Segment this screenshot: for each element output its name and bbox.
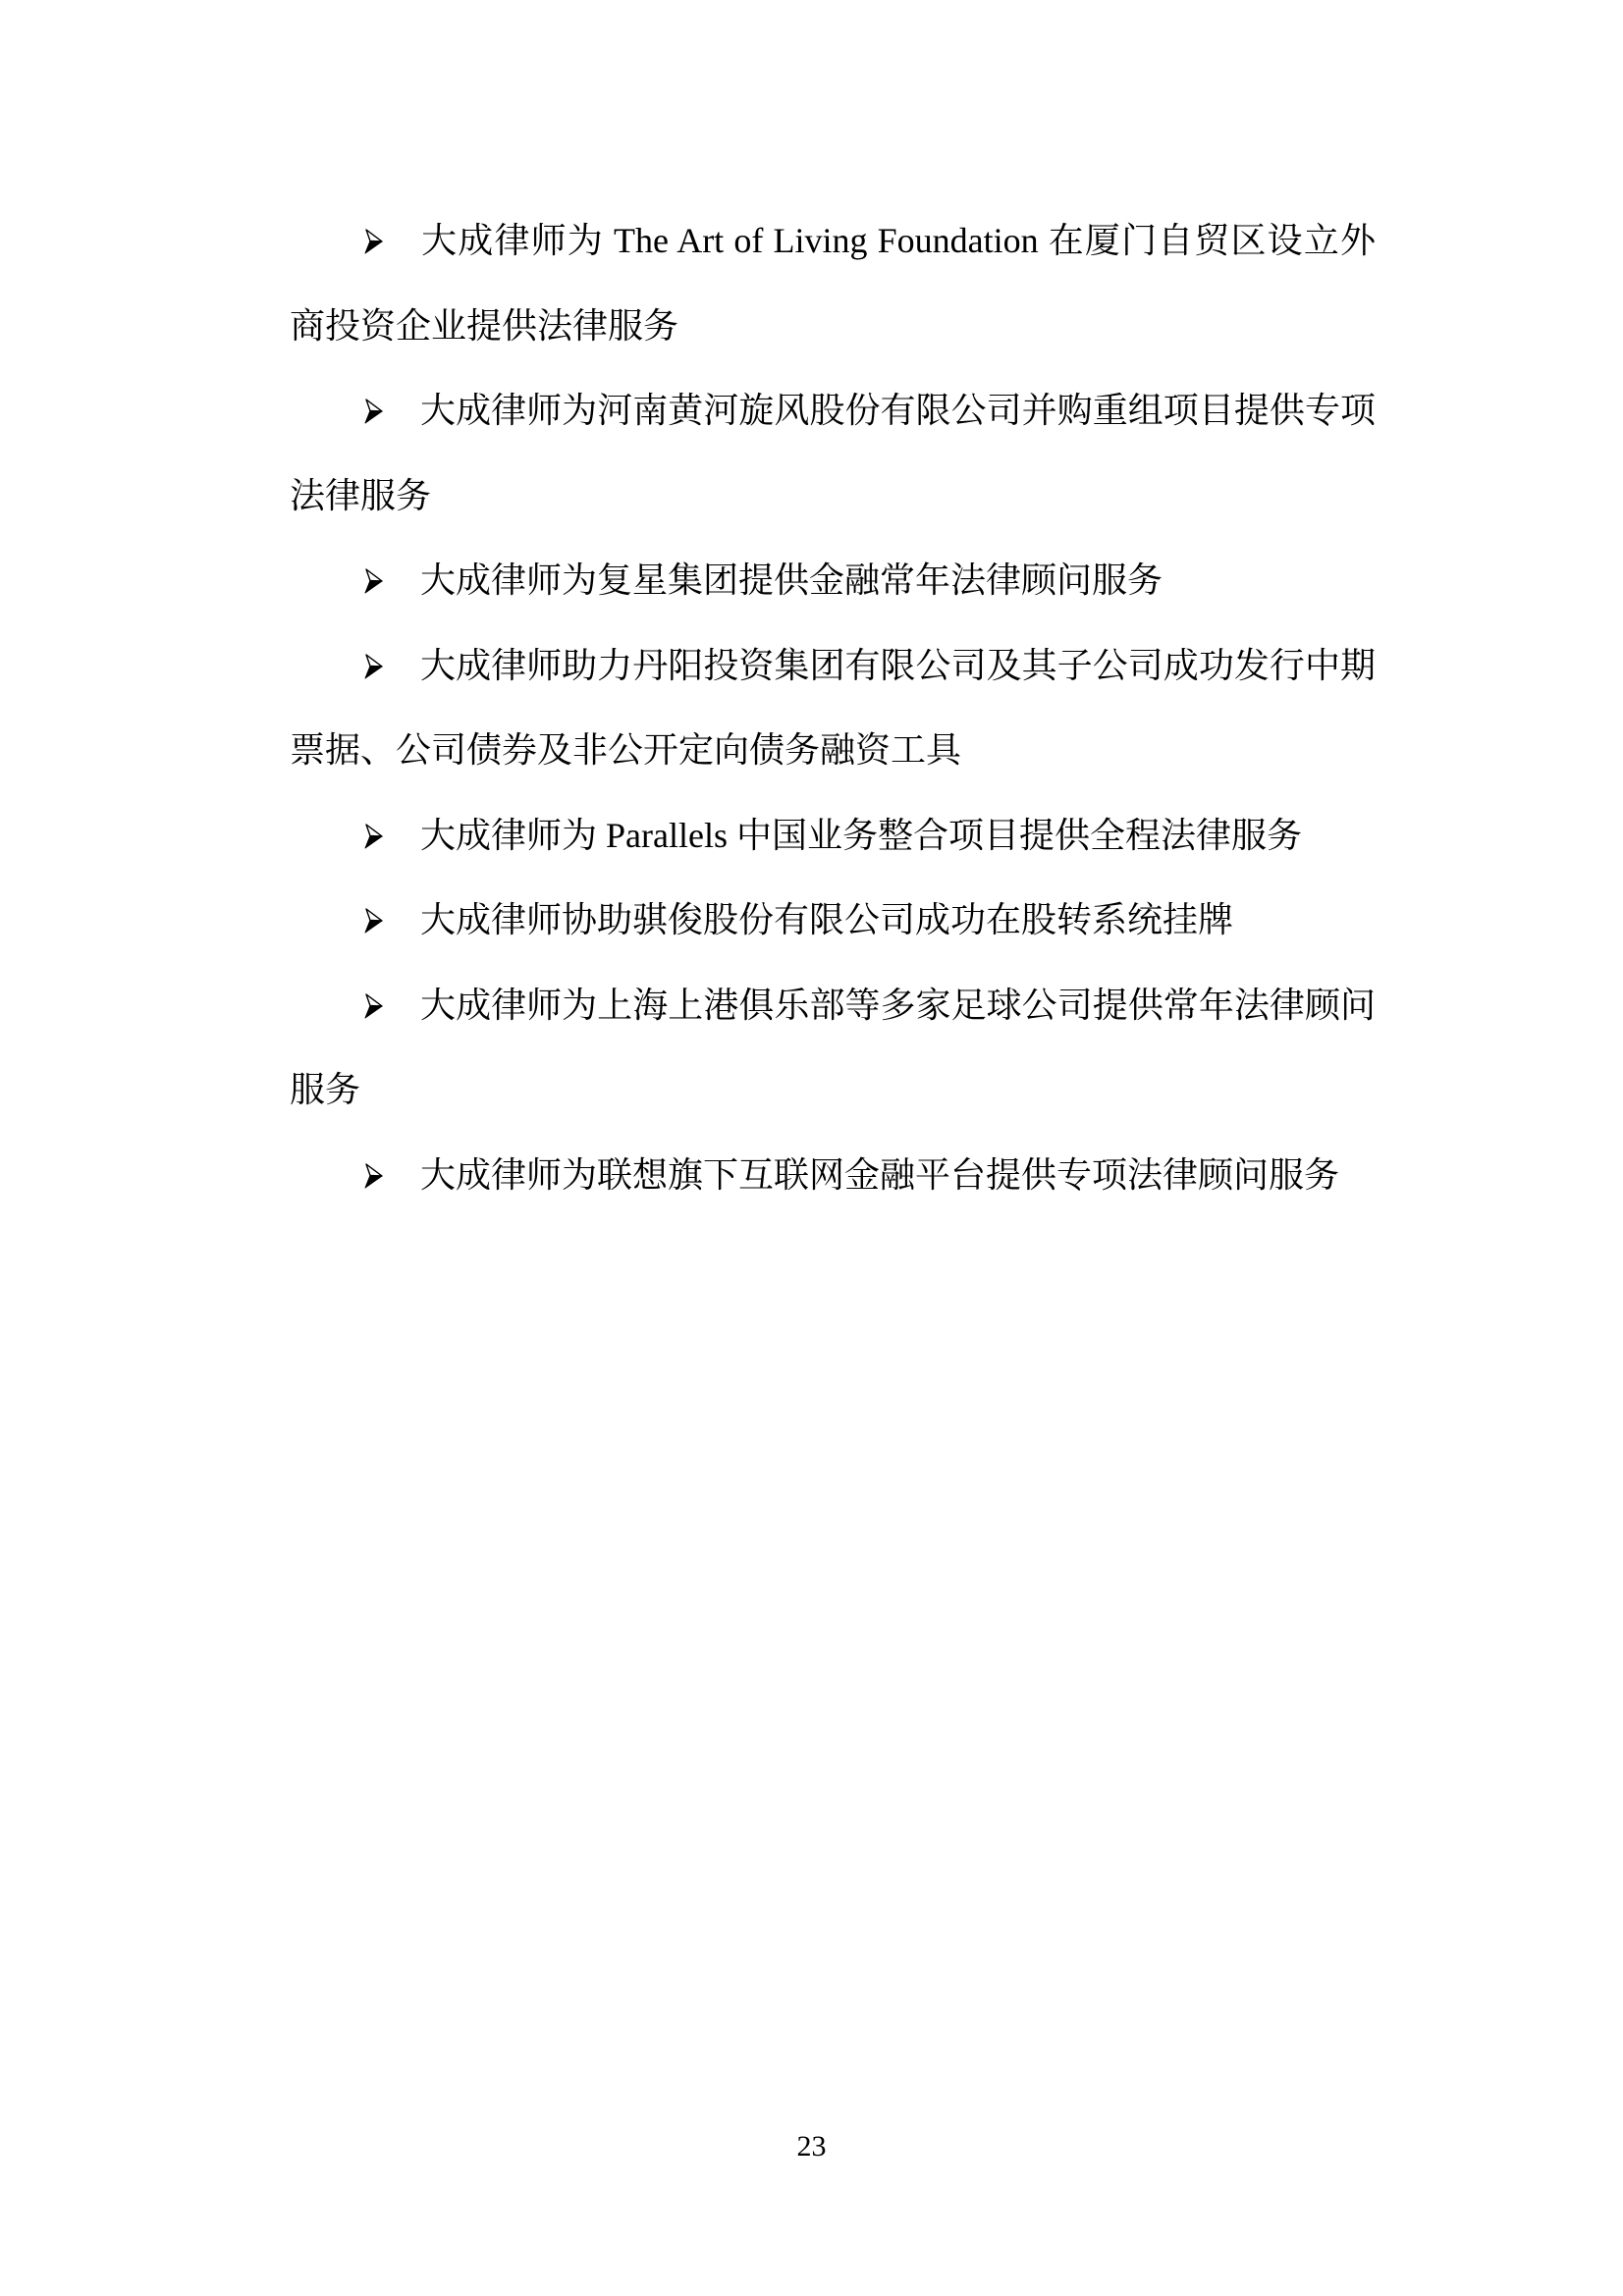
bullet-item-line: 大成律师为复星集团提供金融常年法律顾问服务 — [290, 538, 1376, 623]
bullet-arrow-icon — [361, 824, 383, 849]
bullet-arrow-icon — [361, 654, 383, 679]
bullet-arrow-icon — [361, 568, 383, 594]
bullet-arrow-icon — [361, 399, 383, 424]
bullet-item-line: 大成律师助力丹阳投资集团有限公司及其子公司成功发行中期 — [290, 623, 1376, 709]
bullet-item-line: 大成律师为 The Art of Living Foundation 在厦门自贸… — [290, 198, 1376, 284]
bullet-text: 大成律师为 Parallels 中国业务整合项目提供全程法律服务 — [420, 816, 1302, 855]
bullet-item-line: 大成律师为河南黄河旋风股份有限公司并购重组项目提供专项 — [290, 368, 1376, 454]
bullet-text: 大成律师为 The Art of Living Foundation 在厦门自贸… — [420, 221, 1376, 260]
bullet-item-line: 大成律师协助骐俊股份有限公司成功在股转系统挂牌 — [290, 878, 1376, 963]
bullet-item-line: 大成律师为联想旗下互联网金融平台提供专项法律顾问服务 — [290, 1133, 1376, 1218]
bullet-text: 大成律师协助骐俊股份有限公司成功在股转系统挂牌 — [420, 900, 1233, 939]
bullet-text: 大成律师为河南黄河旋风股份有限公司并购重组项目提供专项 — [420, 391, 1376, 430]
bullet-list: 大成律师为 The Art of Living Foundation 在厦门自贸… — [290, 198, 1376, 1217]
wrapped-line: 法律服务 — [290, 454, 1376, 539]
bullet-arrow-icon — [361, 908, 383, 934]
bullet-text: 大成律师为上海上港俱乐部等多家足球公司提供常年法律顾问 — [420, 986, 1376, 1025]
document-page: 大成律师为 The Art of Living Foundation 在厦门自贸… — [0, 0, 1623, 2296]
page-number: 23 — [0, 2124, 1623, 2169]
bullet-arrow-icon — [361, 229, 383, 254]
bullet-text: 大成律师为联想旗下互联网金融平台提供专项法律顾问服务 — [420, 1155, 1339, 1195]
wrapped-line: 商投资企业提供法律服务 — [290, 284, 1376, 369]
bullet-item-line: 大成律师为上海上港俱乐部等多家足球公司提供常年法律顾问 — [290, 963, 1376, 1048]
bullet-arrow-icon — [361, 993, 383, 1019]
bullet-text: 大成律师助力丹阳投资集团有限公司及其子公司成功发行中期 — [420, 646, 1376, 685]
wrapped-line: 票据、公司债券及非公开定向债务融资工具 — [290, 708, 1376, 793]
bullet-item-line: 大成律师为 Parallels 中国业务整合项目提供全程法律服务 — [290, 793, 1376, 879]
wrapped-line: 服务 — [290, 1047, 1376, 1133]
bullet-arrow-icon — [361, 1163, 383, 1189]
bullet-text: 大成律师为复星集团提供金融常年法律顾问服务 — [420, 561, 1163, 600]
